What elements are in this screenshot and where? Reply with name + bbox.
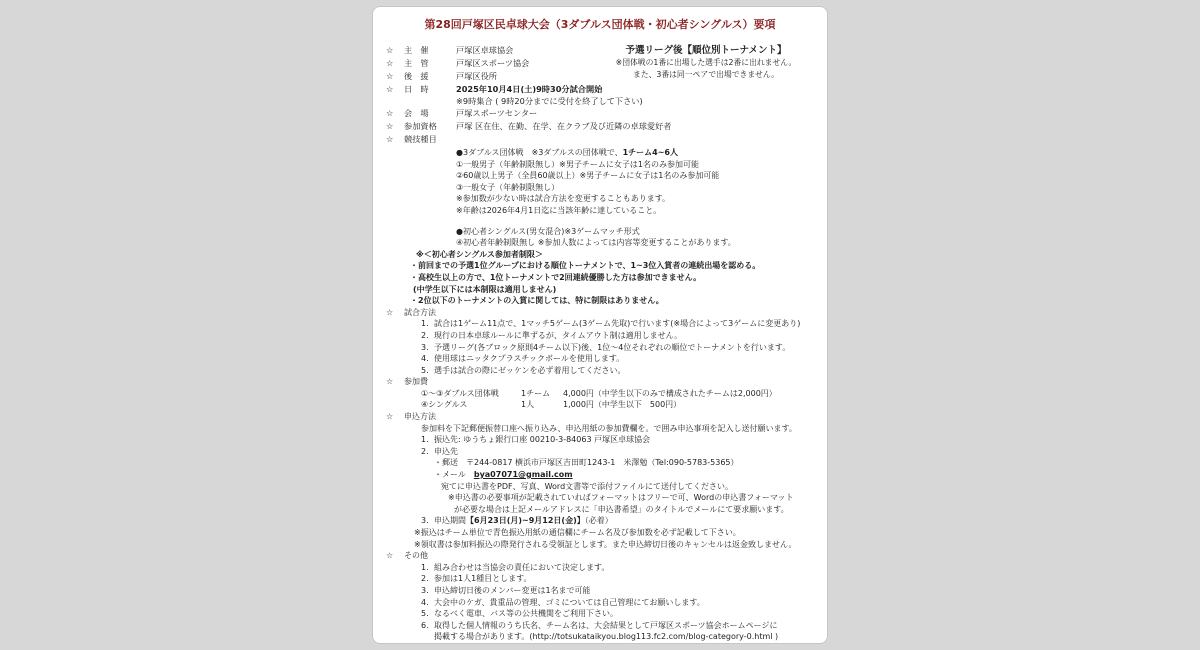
list-number: 2. <box>421 446 434 458</box>
text-line: 2.参加は1人1種目とします。 <box>373 573 827 585</box>
text-line: ①一般男子（年齢制限無し）※男子チームに女子は1名のみ参加可能 <box>373 159 827 171</box>
text-line: 4.使用球はニッタクプラスチックボールを使用します。 <box>373 353 827 365</box>
text-segment: (中学生以下には本制限は適用しません) <box>413 285 556 294</box>
text-line: 掲載する場合があります。(http://totsukataikyou.blog1… <box>373 631 827 643</box>
section-heading: ☆その他 <box>373 550 827 562</box>
list-number: 3. <box>421 585 434 597</box>
star-icon: ☆ <box>386 120 404 133</box>
text-segment: ※年齢は2026年4月1日迄に当該年齢に達していること。 <box>456 206 661 215</box>
list-number: 3. <box>421 515 434 527</box>
text-line: 2.現行の日本卓球ルールに準ずるが、タイムアウト制は適用しません。 <box>373 330 827 342</box>
text-line: 宛てに申込書をPDF、写真、Word文書等で添付ファイルにて送付してください。 <box>373 481 827 493</box>
text-segment: （必着） <box>585 516 613 525</box>
info-label: 日 時 <box>404 83 456 107</box>
info-value: 2025年10月4日(土)9時30分試合開始※9時集合 ( 9時20分までに受付… <box>456 83 827 107</box>
text-line: 3.申込期間【6月23日(月)~9月12日(金)】（必着） <box>373 515 827 527</box>
text-segment: 参加料を下記郵便振替口座へ振り込み、申込用紙の参加費欄を。で囲み申込事項を記入し… <box>421 424 797 433</box>
text-segment: 選手は試合の際にゼッケンを必ず着用してください。 <box>434 366 625 375</box>
list-number: 4. <box>421 597 434 609</box>
text-line: ※領収書は参加料振込の際発行される受領証とします。また申込締切日後のキャンセルは… <box>373 539 827 551</box>
tournament-format-heading: 予選リーグ後【順位別トーナメント】 <box>586 44 826 57</box>
text-segment: 使用球はニッタクプラスチックボールを使用します。 <box>434 354 624 363</box>
text-segment: ※参加数が少ない時は試合方法を変更することもあります。 <box>456 194 670 203</box>
list-number: 4. <box>421 353 434 365</box>
star-icon: ☆ <box>386 44 404 57</box>
text-segment: 大会中のケガ、貴重品の管理、ゴミについては自己管理にてお願いします。 <box>434 598 705 607</box>
text-segment: 参加は1人1種目とします。 <box>434 574 532 583</box>
text-segment: 1チーム4~6人 <box>623 148 678 157</box>
list-number: 5. <box>421 365 434 377</box>
text-segment: 組み合わせは当協会の責任において決定します。 <box>434 563 609 572</box>
text-line: 5.なるべく電車、バス等の公共機関をご利用下さい。 <box>373 608 827 620</box>
fee-row: ①〜③ダブルス団体戦1チーム4,000円（中学生以下のみで構成されたチームは2,… <box>373 388 827 400</box>
text-segment: ※振込はチーム単位で青色振込用紙の通信欄にチーム名及び参加数を必ず記載して下さい… <box>414 528 741 537</box>
text-segment: が必要な場合は上記メールアドレスに「申込書希望」のタイトルでメールにて要求願いま… <box>454 505 789 514</box>
text-segment: 振込先: ゆうちょ銀行口座 00210-3-84063 戸塚区卓球協会 <box>434 435 650 444</box>
info-row: ☆会 場戸塚スポーツセンター <box>373 107 827 120</box>
text-line: 参加料を下記郵便振替口座へ振り込み、申込用紙の参加費欄を。で囲み申込事項を記入し… <box>373 423 827 435</box>
info-row: ☆競技種目 <box>373 133 827 146</box>
info-label: 主 管 <box>404 57 456 70</box>
info-row: ☆参加資格戸塚 区在住、在勤、在学、在クラブ及び近隣の卓球愛好者 <box>373 120 827 133</box>
text-segment: 申込締切日後のメンバー変更は1名まで可能 <box>434 586 591 595</box>
text-segment: ●3ダブルス団体戦 ※3ダブルスの団体戦で、 <box>456 148 623 157</box>
text-line: ●初心者シングルス(男女混合)※3ゲームマッチ形式 <box>373 226 827 238</box>
document-title: 第28回戸塚区民卓球大会（3ダブルス団体戦・初心者シングルス）要項 <box>373 18 827 31</box>
text-segment: ①一般男子（年齢制限無し）※男子チームに女子は1名のみ参加可能 <box>456 160 699 169</box>
text-segment: ④初心者年齢制限無し ※参加人数によっては内容等変更することがあります。 <box>456 238 736 247</box>
fee-unit: 1チーム <box>521 388 563 400</box>
text-line: ※申込書の必要事項が記載されていればフォーマットはフリーで可、Wordの申込書フ… <box>373 492 827 504</box>
text-line: 5.選手は試合の際にゼッケンを必ず着用してください。 <box>373 365 827 377</box>
homepage-url: http://totsukataikyou.blog113.fc2.com/bl… <box>532 632 772 641</box>
fee-price: 1,000円（中学生以下 500円） <box>563 400 681 409</box>
star-icon: ☆ <box>386 107 404 120</box>
info-value: 戸塚 区在住、在勤、在学、在クラブ及び近隣の卓球愛好者 <box>456 120 827 133</box>
section-label: 試合方法 <box>404 308 436 317</box>
text-segment: 【6月23日(月)~9月12日(金)】 <box>466 516 585 525</box>
text-line: 1.振込先: ゆうちょ銀行口座 00210-3-84063 戸塚区卓球協会 <box>373 434 827 446</box>
star-icon: ☆ <box>386 133 404 146</box>
text-segment: 申込先 <box>434 447 458 456</box>
text-segment: ※領収書は参加料振込の際発行される受領証とします。また申込締切日後のキャンセルは… <box>414 540 797 549</box>
list-number: 5. <box>421 608 434 620</box>
list-number: 6. <box>421 620 434 632</box>
text-line: 1.組み合わせは当協会の責任において決定します。 <box>373 562 827 574</box>
text-segment: ②60歳以上男子（全員60歳以上）※男子チームに女子は1名のみ参加可能 <box>456 171 719 180</box>
text-line: (中学生以下には本制限は適用しません) <box>373 284 827 296</box>
text-line: ・前回までの予選1位グループにおける順位トーナメントで、1~3位入賞者の連続出場… <box>373 260 827 272</box>
text-line: 1.試合は1ゲーム11点で、1マッチ5ゲーム(3ゲーム先取)で行います(※場合に… <box>373 318 827 330</box>
text-line: 3.予選リーグ(各ブロック原則4チーム以下)後、1位〜4位それぞれの順位でトーナ… <box>373 342 827 354</box>
text-segment: ※＜初心者シングルス参加者制限＞ <box>416 250 543 259</box>
text-line: ②60歳以上男子（全員60歳以上）※男子チームに女子は1名のみ参加可能 <box>373 170 827 182</box>
fee-event-name: ①〜③ダブルス団体戦 <box>421 388 521 400</box>
star-icon: ☆ <box>386 550 404 562</box>
email-link[interactable]: bya07071@gmail.com <box>474 470 573 479</box>
text-line: 3.申込締切日後のメンバー変更は1名まで可能 <box>373 585 827 597</box>
list-number: 3. <box>421 342 434 354</box>
info-value-note: ※9時集合 ( 9時20分までに受付を終了して下さい) <box>456 96 827 107</box>
info-label: 後 援 <box>404 70 456 83</box>
text-segment: ●初心者シングルス(男女混合)※3ゲームマッチ形式 <box>456 227 640 236</box>
fee-row: ④シングルス1人1,000円（中学生以下 500円） <box>373 399 827 411</box>
info-row: ☆日 時2025年10月4日(土)9時30分試合開始※9時集合 ( 9時20分ま… <box>373 83 827 107</box>
document-page: 第28回戸塚区民卓球大会（3ダブルス団体戦・初心者シングルス）要項 予選リーグ後… <box>372 6 828 644</box>
info-label: 競技種目 <box>404 133 456 146</box>
star-icon: ☆ <box>386 57 404 70</box>
list-number: 2. <box>421 330 434 342</box>
text-line: ※＜初心者シングルス参加者制限＞ <box>373 249 827 261</box>
text-segment: ) <box>772 632 778 641</box>
star-icon: ☆ <box>386 376 404 388</box>
text-line: ③一般女子（年齢制限無し） <box>373 182 827 194</box>
fee-event-name: ④シングルス <box>421 399 521 411</box>
text-segment: 予選リーグ(各ブロック原則4チーム以下)後、1位〜4位それぞれの順位でトーナメン… <box>434 343 790 352</box>
text-line: ※振込はチーム単位で青色振込用紙の通信欄にチーム名及び参加数を必ず記載して下さい… <box>373 527 827 539</box>
fee-unit: 1人 <box>521 399 563 411</box>
info-value <box>456 133 827 146</box>
list-number: 1. <box>421 318 434 330</box>
tournament-format-block: 予選リーグ後【順位別トーナメント】 ※団体戦の1番に出場した選手は2番に出れませ… <box>586 44 826 80</box>
list-number: 2. <box>421 573 434 585</box>
text-line: ※参加数が少ない時は試合方法を変更することもあります。 <box>373 193 827 205</box>
star-icon: ☆ <box>386 83 404 107</box>
text-segment: ※申込書の必要事項が記載されていればフォーマットはフリーで可、Wordの申込書フ… <box>448 493 794 502</box>
text-segment: ・2位以下のトーナメントの入賞に関しては、特に制限はありません。 <box>410 296 664 305</box>
text-line: ・高校生以上の方で、1位トーナメントで2回連続優勝した方は参加できません。 <box>373 272 827 284</box>
section-label: 参加費 <box>404 377 428 386</box>
star-icon: ☆ <box>386 307 404 319</box>
section-label: その他 <box>404 551 428 560</box>
fee-price: 4,000円（中学生以下のみで構成されたチームは2,000円） <box>563 389 777 398</box>
text-segment: 掲載する場合があります。( <box>434 632 532 641</box>
text-line: ・郵送 〒244-0817 横浜市戸塚区吉田町1243-1 米澤勉（Tel:09… <box>373 457 827 469</box>
text-line: が必要な場合は上記メールアドレスに「申込書希望」のタイトルでメールにて要求願いま… <box>373 504 827 516</box>
info-label: 会 場 <box>404 107 456 120</box>
list-number: 1. <box>421 562 434 574</box>
section-label: 申込方法 <box>404 412 436 421</box>
text-segment: ・郵送 〒244-0817 横浜市戸塚区吉田町1243-1 米澤勉（Tel:09… <box>434 458 739 467</box>
info-value: 戸塚スポーツセンター <box>456 107 827 120</box>
text-segment: 試合は1ゲーム11点で、1マッチ5ゲーム(3ゲーム先取)で行います(※場合によっ… <box>434 319 800 328</box>
text-line: ●3ダブルス団体戦 ※3ダブルスの団体戦で、1チーム4~6人 <box>373 147 827 159</box>
text-segment: 申込期間 <box>434 516 466 525</box>
section-heading: ☆申込方法 <box>373 411 827 423</box>
text-segment: なるべく電車、バス等の公共機関をご利用下さい。 <box>434 609 618 618</box>
star-icon: ☆ <box>386 411 404 423</box>
text-line: ※年齢は2026年4月1日迄に当該年齢に達していること。 <box>373 205 827 217</box>
text-segment: 宛てに申込書をPDF、写真、Word文書等で添付ファイルにて送付してください。 <box>441 482 733 491</box>
tournament-format-note-1: ※団体戦の1番に出場した選手は2番に出れません。 <box>586 57 826 69</box>
section-heading: ☆参加費 <box>373 376 827 388</box>
text-line: 4.大会中のケガ、貴重品の管理、ゴミについては自己管理にてお願いします。 <box>373 597 827 609</box>
text-segment: ・高校生以上の方で、1位トーナメントで2回連続優勝した方は参加できません。 <box>410 273 701 282</box>
text-segment: 現行の日本卓球ルールに準ずるが、タイムアウト制は適用しません。 <box>434 331 682 340</box>
text-line: ・メール bya07071@gmail.com <box>373 469 827 481</box>
section-heading: ☆試合方法 <box>373 307 827 319</box>
info-label: 参加資格 <box>404 120 456 133</box>
text-segment: ・メール <box>434 470 474 479</box>
text-segment: ③一般女子（年齢制限無し） <box>456 183 559 192</box>
text-line: 6.取得した個人情報のうち氏名、チーム名は、大会結果として戸塚区スポーツ協会ホー… <box>373 620 827 632</box>
document-body: ●3ダブルス団体戦 ※3ダブルスの団体戦で、1チーム4~6人①一般男子（年齢制限… <box>373 147 827 643</box>
text-segment: 取得した個人情報のうち氏名、チーム名は、大会結果として戸塚区スポーツ協会ホームペ… <box>434 621 778 630</box>
star-icon: ☆ <box>386 70 404 83</box>
text-segment: ・前回までの予選1位グループにおける順位トーナメントで、1~3位入賞者の連続出場… <box>410 261 760 270</box>
text-line: 2.申込先 <box>373 446 827 458</box>
text-line: ④初心者年齢制限無し ※参加人数によっては内容等変更することがあります。 <box>373 237 827 249</box>
info-label: 主 催 <box>404 44 456 57</box>
list-number: 1. <box>421 434 434 446</box>
text-line: ・2位以下のトーナメントの入賞に関しては、特に制限はありません。 <box>373 295 827 307</box>
tournament-format-note-2: また、3番は同一ペアで出場できません。 <box>586 69 826 81</box>
screenshot-root: { "colors": { "background": "#d7d7d7", "… <box>0 0 1200 650</box>
spacer <box>373 217 827 226</box>
